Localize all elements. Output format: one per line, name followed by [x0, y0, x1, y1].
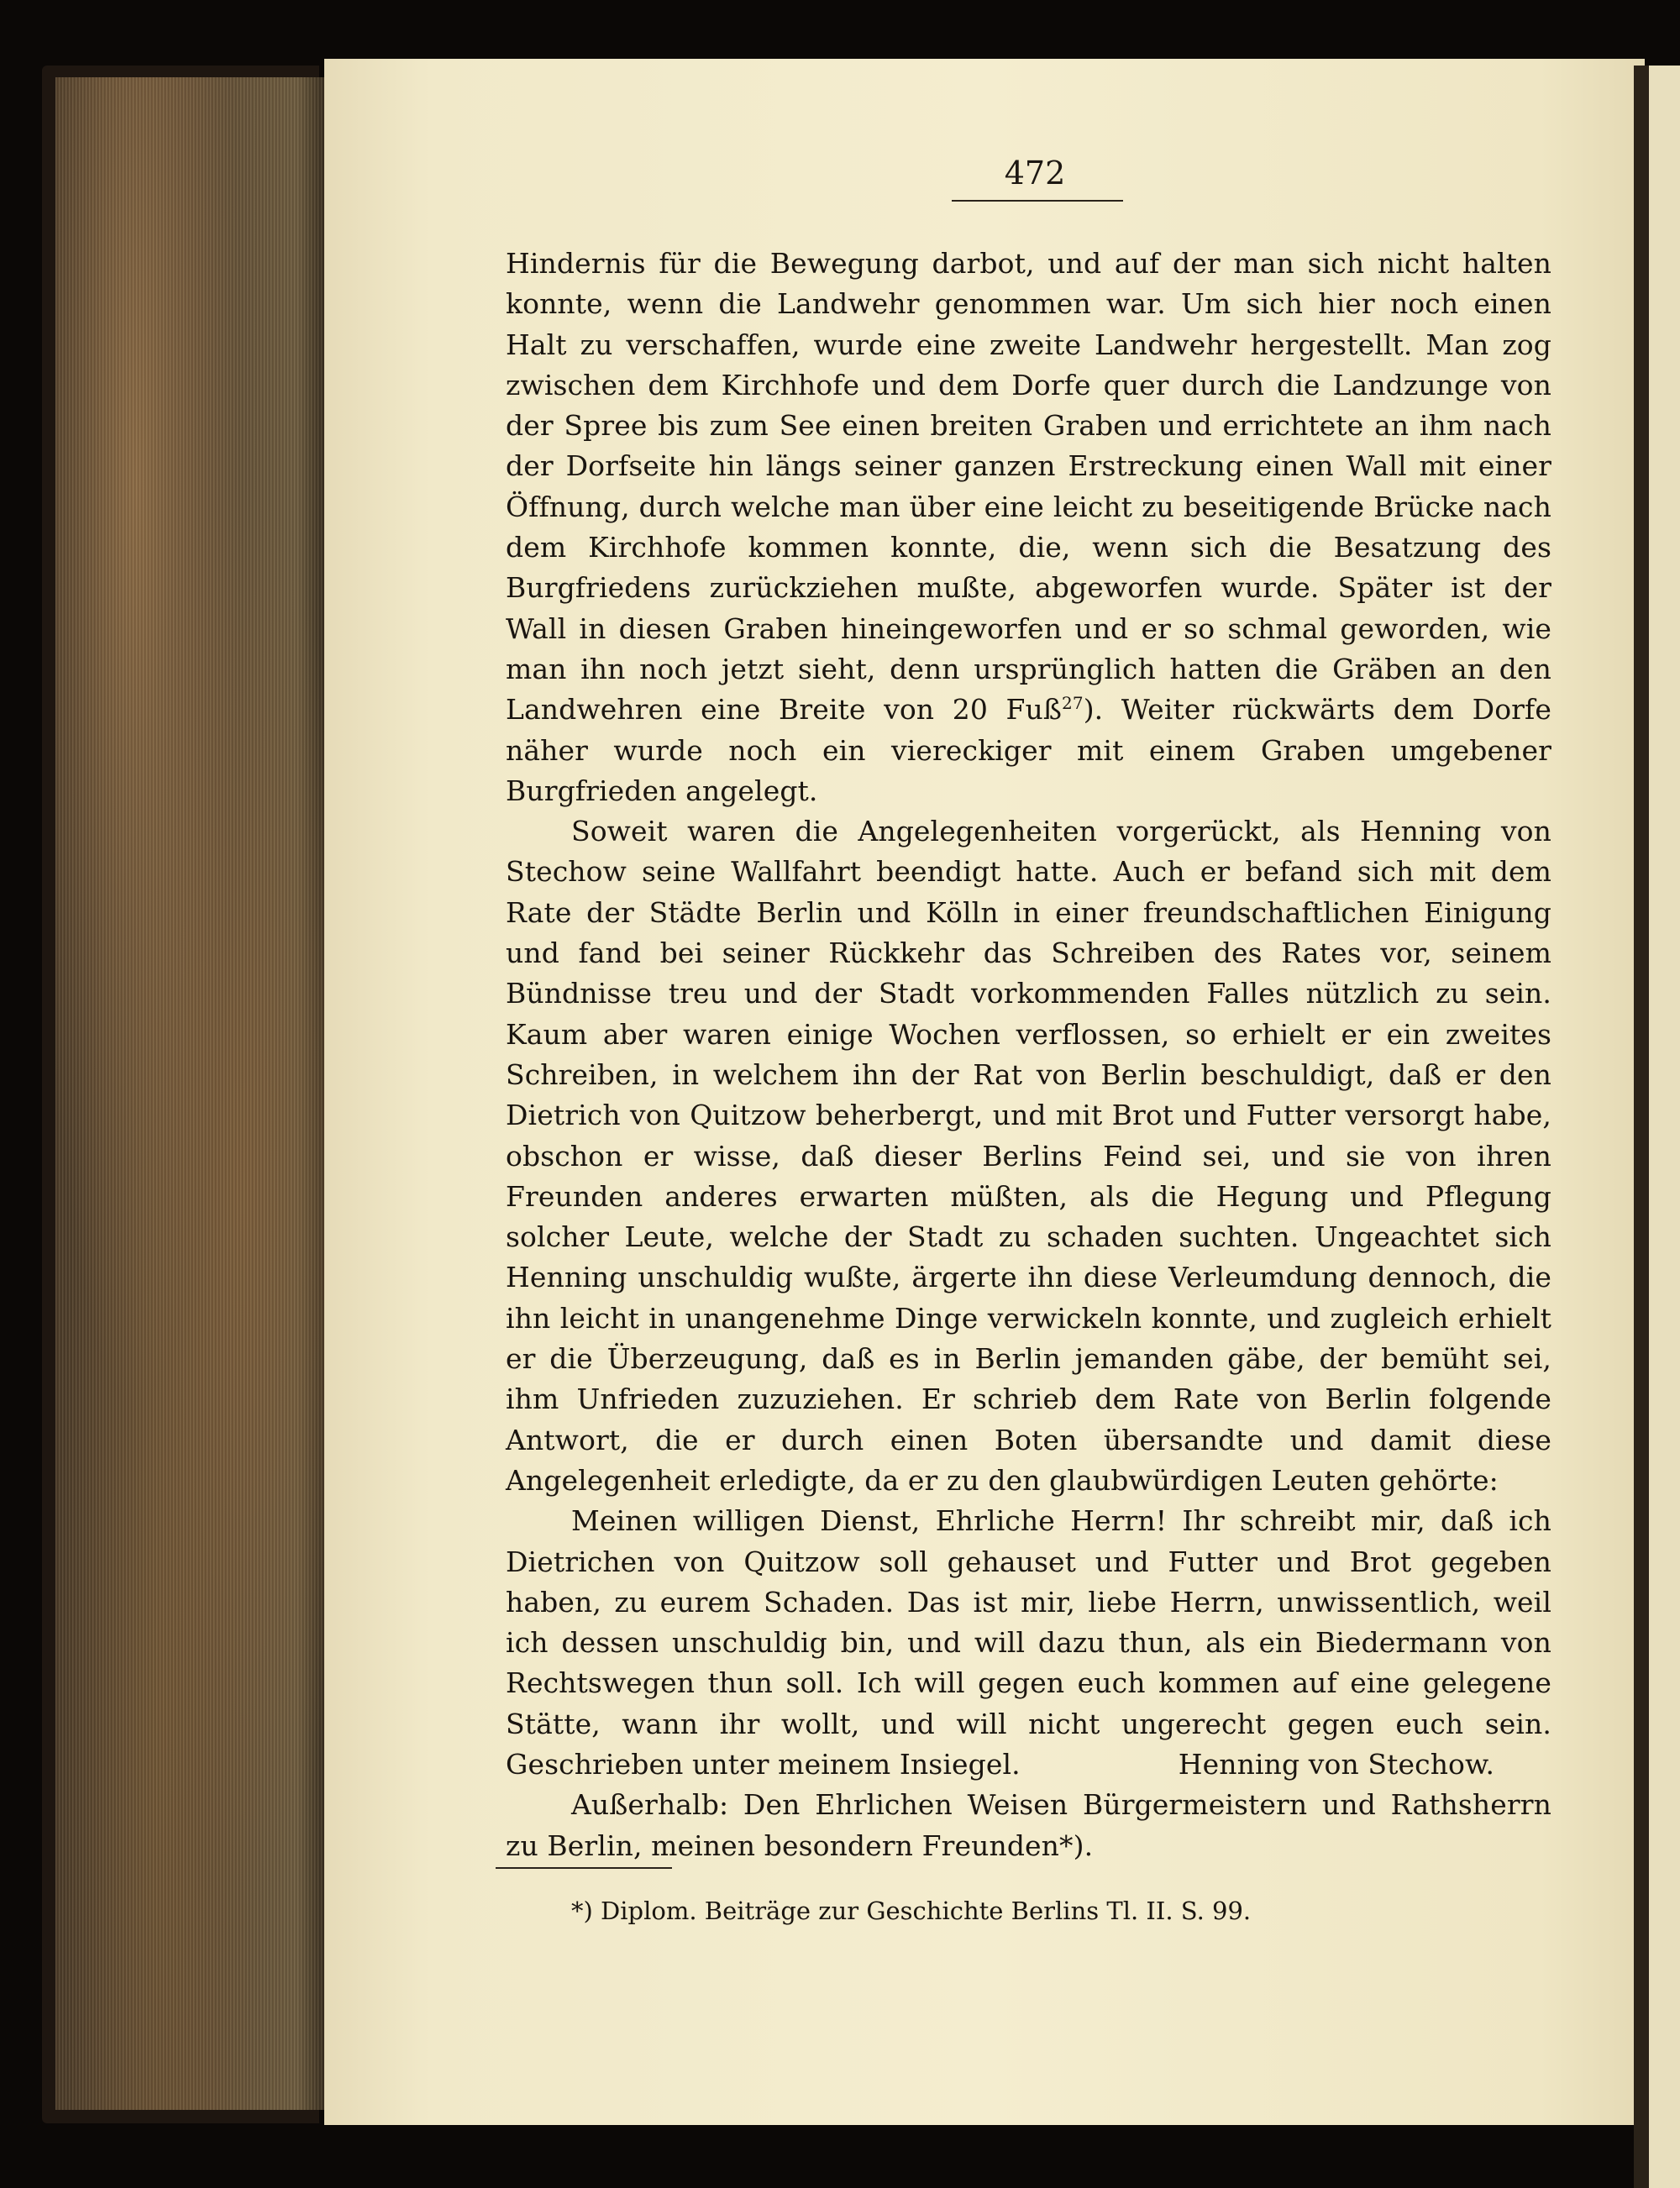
- letter-address: Außerhalb: Den Ehrlichen Weisen Bürgerme…: [506, 1785, 1551, 1866]
- letter-signature: Henning von Stechow.: [1113, 1745, 1494, 1785]
- paragraph-2: Soweit waren die Angelegenheiten vorgerü…: [506, 811, 1551, 1501]
- marbled-fore-edge: [55, 77, 324, 2110]
- letter-text: Meinen willigen Dienst, Ehrliche Herrn! …: [506, 1504, 1551, 1781]
- footnote-reference: 27: [1062, 693, 1084, 713]
- header-rule: [952, 200, 1123, 202]
- letter-paragraph: Meinen willigen Dienst, Ehrliche Herrn! …: [506, 1501, 1551, 1785]
- paragraph-1-text: Hindernis für die Bewegung darbot, und a…: [506, 247, 1551, 726]
- footnote-rule: [496, 1867, 672, 1869]
- page-number: 472: [951, 155, 1119, 197]
- body-text: Hindernis für die Bewegung darbot, und a…: [506, 244, 1551, 1866]
- footnote: *) Diplom. Beiträge zur Geschichte Berli…: [571, 1897, 1495, 1925]
- page-gutter: [1634, 66, 1649, 2188]
- next-page-edge: [1649, 66, 1680, 2188]
- paragraph-1: Hindernis für die Bewegung darbot, und a…: [506, 244, 1551, 811]
